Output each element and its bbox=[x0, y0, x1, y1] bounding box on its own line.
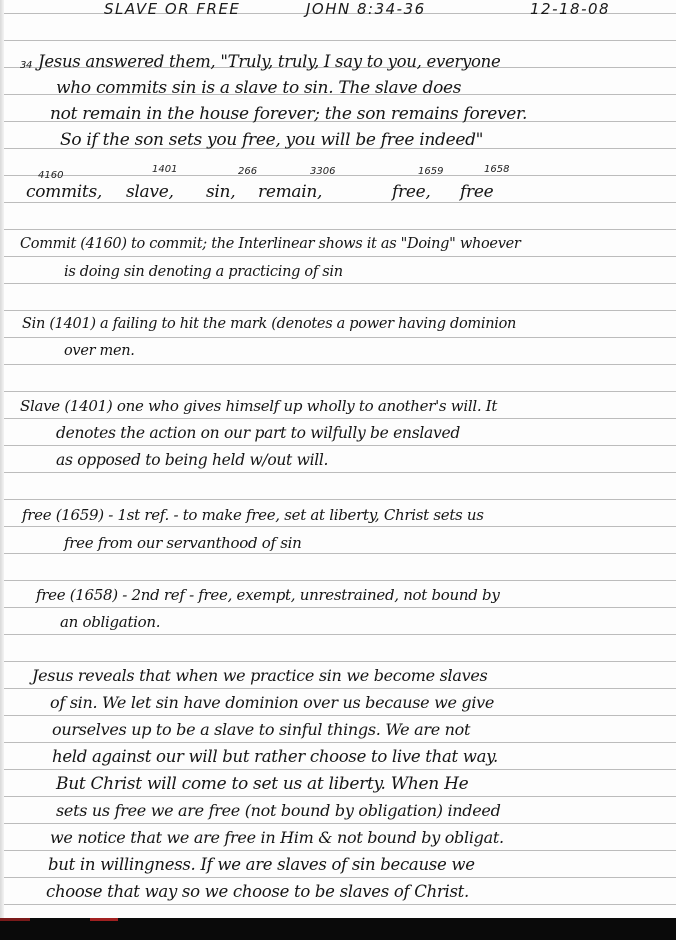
study-word: free, bbox=[392, 182, 430, 202]
reflection-line: we notice that we are free in Him & not … bbox=[50, 828, 504, 847]
reflection-line: sets us free we are free (not bound by o… bbox=[56, 801, 501, 820]
strongs-number: 4160 bbox=[38, 170, 63, 181]
definition-line: denotes the action on our part to wilful… bbox=[56, 424, 460, 442]
reflection-line: Jesus reveals that when we practice sin … bbox=[32, 666, 487, 685]
definition-line: an obligation. bbox=[60, 613, 160, 631]
definition-line: free (1658) - 2nd ref - free, exempt, un… bbox=[36, 586, 500, 604]
note-title: SLAVE OR FREE bbox=[104, 0, 240, 18]
strongs-number: 3306 bbox=[310, 166, 335, 177]
reflection-line: but in willingness. If we are slaves of … bbox=[48, 855, 475, 874]
study-word: sin, bbox=[206, 182, 235, 202]
reflection-line: choose that way so we choose to be slave… bbox=[46, 882, 469, 901]
definition-line: as opposed to being held w/out will. bbox=[56, 451, 328, 469]
definition-line: over men. bbox=[64, 343, 135, 359]
strongs-number: 1658 bbox=[484, 164, 509, 175]
page-edge bbox=[0, 0, 4, 918]
red-margin-mark bbox=[0, 918, 30, 921]
strongs-number: 266 bbox=[238, 166, 257, 177]
reflection-line: held against our will but rather choose … bbox=[52, 747, 498, 766]
scripture-line: not remain in the house forever; the son… bbox=[50, 104, 527, 124]
scripture-line: So if the son sets you free, you will be… bbox=[60, 130, 483, 150]
reflection-line: of sin. We let sin have dominion over us… bbox=[50, 693, 494, 712]
definition-line: Slave (1401) one who gives himself up wh… bbox=[20, 397, 497, 415]
strongs-number: 1659 bbox=[418, 166, 443, 177]
definition-line: Commit (4160) to commit; the Interlinear… bbox=[20, 236, 521, 252]
study-word: remain, bbox=[258, 182, 322, 202]
definition-line: free from our servanthood of sin bbox=[64, 534, 301, 552]
note-date: 12-18-08 bbox=[530, 0, 610, 18]
definition-line: free (1659) - 1st ref. - to make free, s… bbox=[22, 506, 484, 524]
strongs-number: 1401 bbox=[152, 164, 177, 175]
scan-bottom-edge bbox=[0, 918, 676, 940]
scripture-line: who commits sin is a slave to sin. The s… bbox=[56, 78, 461, 98]
definition-line: is doing sin denoting a practicing of si… bbox=[64, 264, 343, 280]
study-word: slave, bbox=[126, 182, 174, 202]
study-word: commits, bbox=[26, 182, 102, 202]
scripture-reference: JOHN 8:34-36 bbox=[306, 0, 426, 18]
scripture-line: Jesus answered them, "Truly, truly, I sa… bbox=[38, 52, 500, 71]
definition-line: Sin (1401) a failing to hit the mark (de… bbox=[22, 316, 516, 332]
reflection-line: ourselves up to be a slave to sinful thi… bbox=[52, 720, 470, 739]
reflection-line: But Christ will come to set us at libert… bbox=[56, 774, 468, 794]
study-word: free bbox=[460, 182, 493, 202]
verse-number: 34 bbox=[20, 60, 32, 71]
red-margin-mark bbox=[90, 918, 118, 921]
